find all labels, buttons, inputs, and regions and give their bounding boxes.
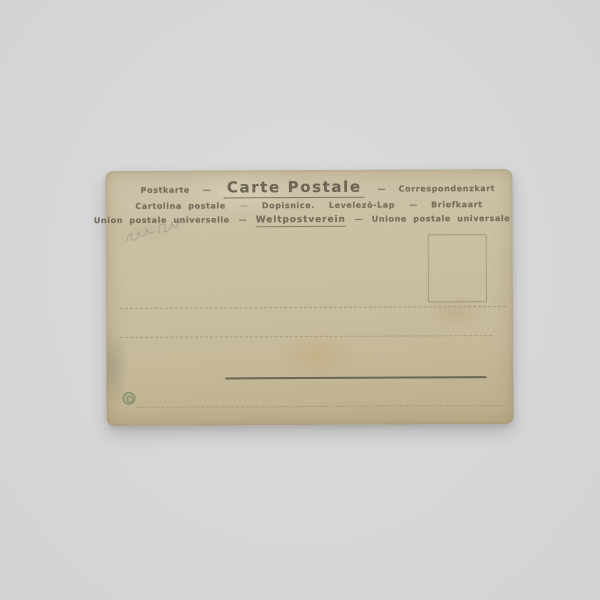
stamp-box [428,234,487,302]
dash-separator: — [355,215,363,224]
address-line-main [225,376,486,379]
dash-separator: — [378,185,386,194]
address-line-2 [120,335,492,338]
postcard-back: Postkarte — Carte Postale — Corresponden… [105,169,513,426]
postcard-header: Postkarte — Carte Postale — Corresponden… [105,169,512,171]
dash-separator: — [203,186,211,195]
dash-separator: — [409,200,417,209]
photo-background: Postkarte — Carte Postale — Corresponden… [0,0,600,600]
header-dopisnice: Dopisnice. [262,201,315,210]
publisher-mark-icon [122,392,135,405]
header-levelezo-lap: Levelezö-Lap [329,201,395,210]
dash-separator: — [239,215,247,224]
address-line-1 [120,306,506,309]
header-postkarte: Postkarte [141,186,190,195]
header-briefkaart: Briefkaart [431,200,483,209]
dash-separator: — [240,201,248,210]
address-line-3 [137,405,503,408]
header-line-1: Postkarte — Carte Postale — Corresponden… [105,177,512,199]
header-carte-postale: Carte Postale [224,178,365,199]
header-cartolina: Cartolina postale [135,201,226,210]
header-line-2: Cartolina postale — Dopisnice. Levelezö-… [105,200,512,211]
header-correspondenzkart: Correspondenzkart [399,184,496,194]
header-weltpostverein: Weltpostverein [256,215,346,227]
header-unione-postale: Unione postale universale [372,214,511,224]
